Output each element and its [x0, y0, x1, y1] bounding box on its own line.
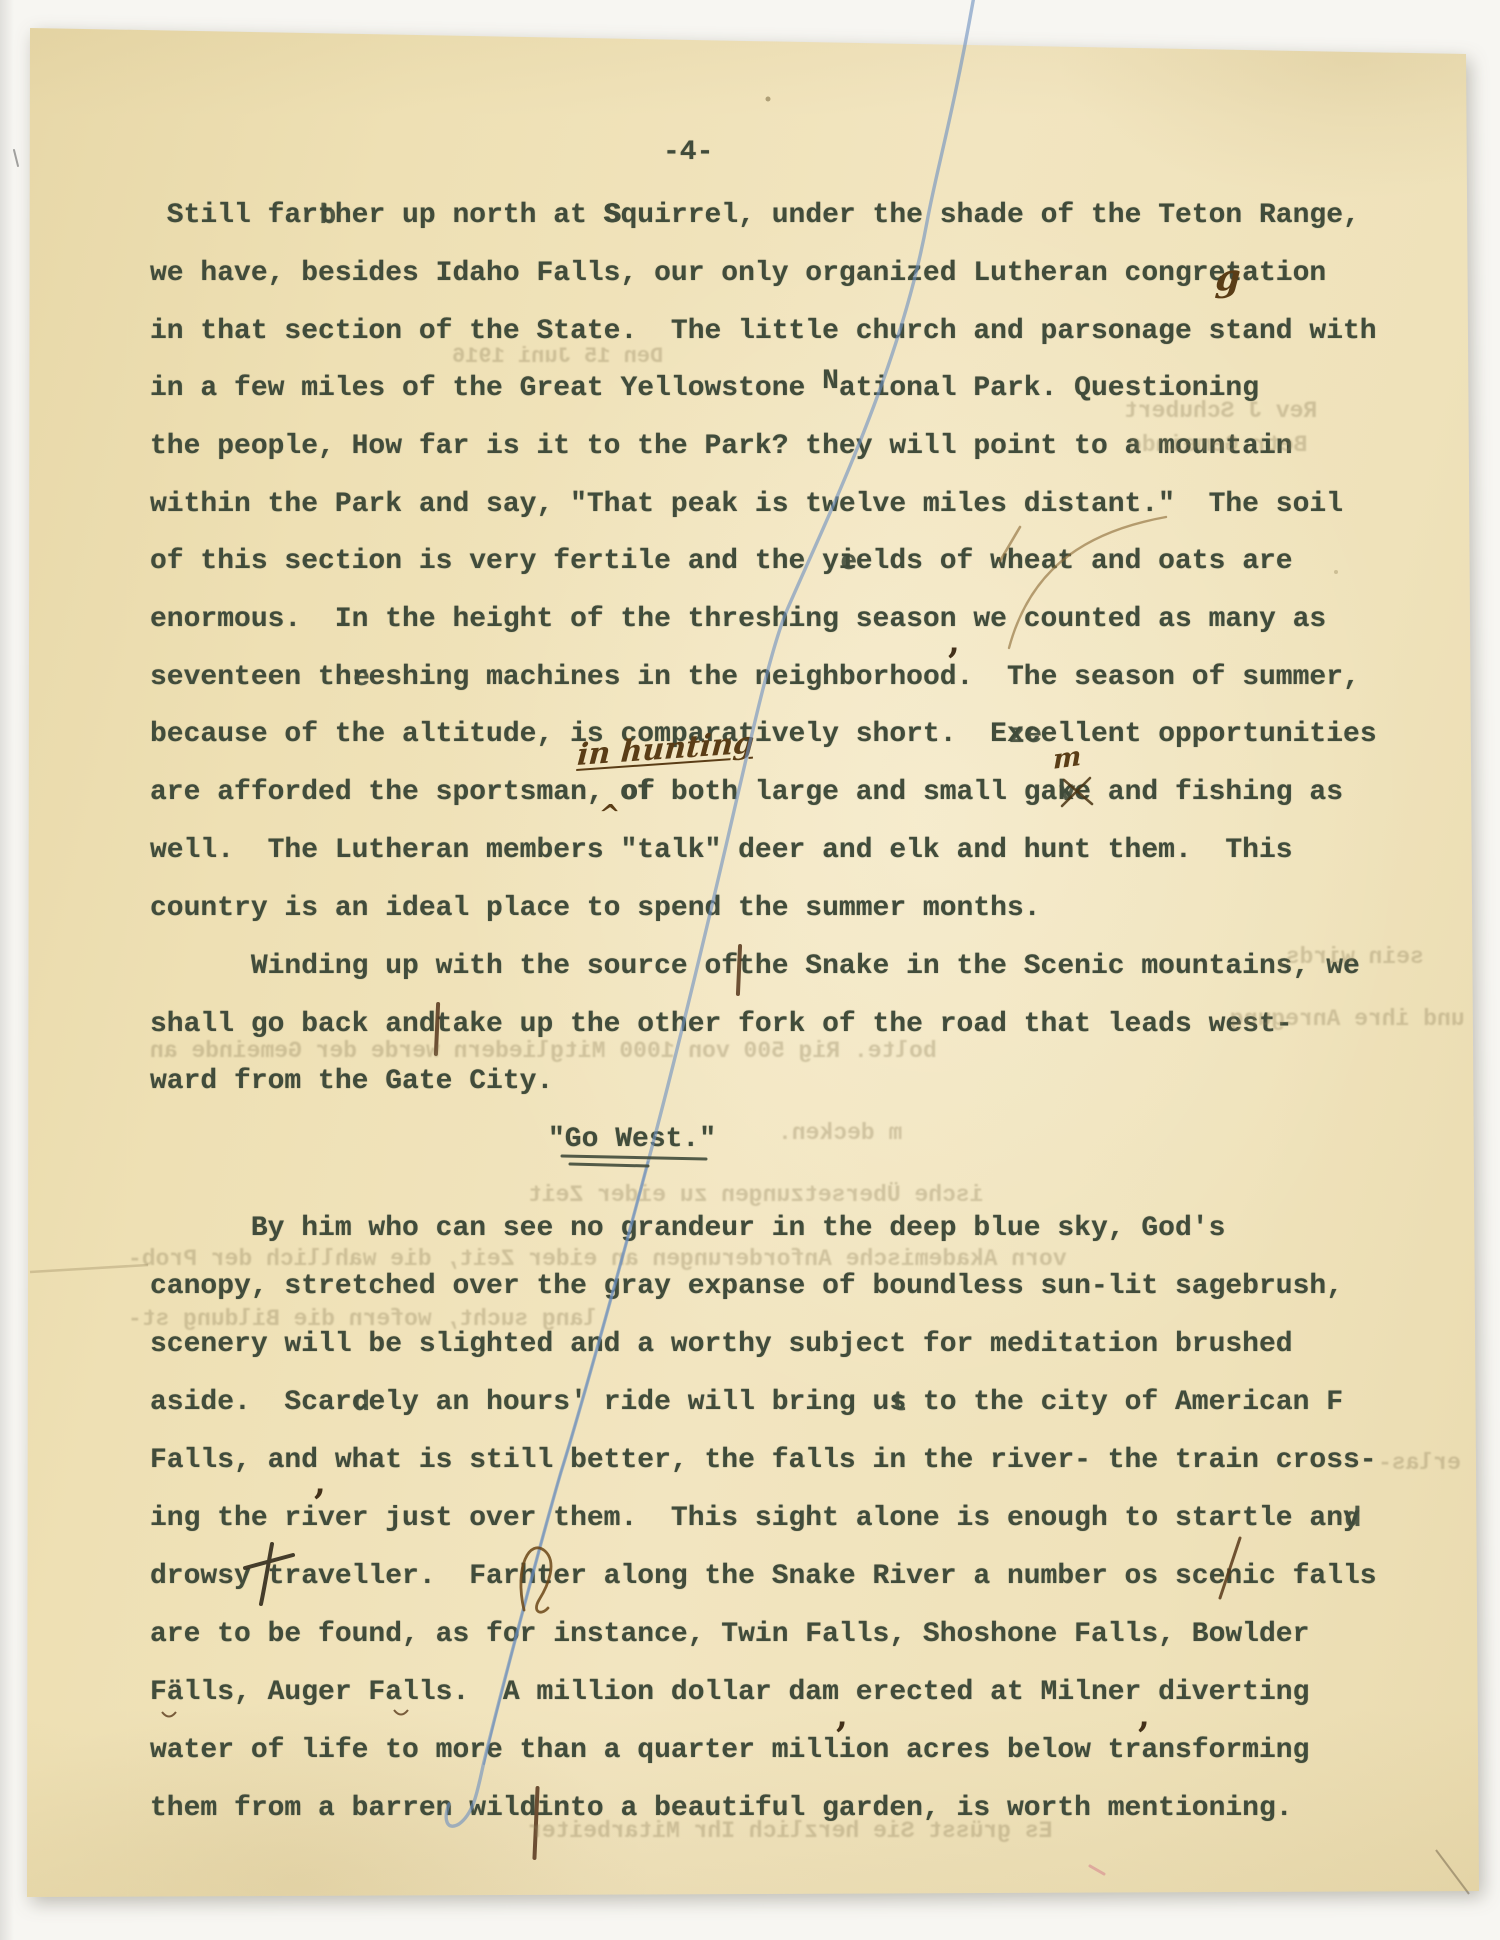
- typed-line: in that section of the State. The little…: [150, 317, 1377, 347]
- ink-bleedthrough-ghost-text: erlas-: [1378, 1450, 1461, 1476]
- typed-line: in a few miles of the Great Yellowstone …: [150, 374, 1259, 404]
- typed-line: By him who can see no grandeur in the de…: [150, 1214, 1225, 1244]
- typed-line: are afforded the sportsman, of both larg…: [150, 778, 1343, 808]
- typed-line: ing the river just over them. This sight…: [150, 1504, 1360, 1534]
- ink-bleedthrough-ghost-text: m decken.: [778, 1120, 902, 1146]
- inserted-comma-after-dam: ,: [836, 1696, 848, 1736]
- overstruck-characters: xz: [1007, 720, 1024, 750]
- typed-line: Still fartbher up north at Squirrel, und…: [150, 201, 1360, 231]
- typed-line: are to be found, as for instance, Twin F…: [150, 1620, 1309, 1650]
- typed-line: Falls, and what is still better, the fal…: [150, 1446, 1377, 1476]
- correction-g-congregation: g: [1214, 256, 1242, 300]
- ink-bleedthrough-ghost-text: ische Übersetzungen zu eider Zeit: [528, 1182, 983, 1208]
- overstruck-characters: cd: [352, 1388, 369, 1418]
- raised-character: N: [822, 366, 839, 397]
- typed-line: drowsy traveller. Farhter along the Snak…: [150, 1562, 1377, 1592]
- inserted-comma-after-milner: ,: [1138, 1696, 1150, 1736]
- ink-bleedthrough-ghost-text: Betr Gemeinde: [1128, 432, 1307, 458]
- typed-line: shall go back andtake up the other fork …: [150, 1010, 1293, 1040]
- typed-line: country is an ideal place to spend the s…: [150, 894, 1041, 924]
- ink-bleedthrough-ghost-text: vorn Akademische Anforderungen an eider …: [128, 1246, 1067, 1272]
- overstruck-characters: ce: [1024, 720, 1041, 750]
- typed-line: "Go West.": [548, 1125, 716, 1155]
- typed-line: enormous. In the height of the threshing…: [150, 605, 1326, 635]
- typed-line: seventeen threeshing machines in the nei…: [150, 663, 1360, 693]
- inserted-comma-after-and: ,: [314, 1463, 326, 1503]
- overstruck-characters: st: [889, 1388, 906, 1418]
- typed-line: water of life to more than a quarter mil…: [150, 1736, 1309, 1766]
- typed-line: within the Park and say, "That peak is t…: [150, 490, 1343, 520]
- double-struck-text: of: [620, 777, 654, 808]
- typed-line: because of the altitude, is comparativel…: [150, 720, 1377, 750]
- typed-line: aside. Scarcdely an hours' ride will bri…: [150, 1388, 1343, 1418]
- caret-after-sportsman: ^: [596, 800, 622, 830]
- overstruck-characters: re: [352, 663, 369, 693]
- typed-line: we have, besides Idaho Falls, our only o…: [150, 259, 1326, 289]
- ink-bleedthrough-ghost-text: Den 15 Juni 1916: [452, 344, 663, 369]
- typed-line: scenery will be slighted and a worthy su…: [150, 1330, 1293, 1360]
- overstruck-characters: ie: [839, 547, 856, 577]
- paper-wrap: -4- Still fartbher up north at Squirrel,…: [0, 0, 1500, 1940]
- ink-bleedthrough-ghost-text: und ihre Anregung: [1230, 1006, 1465, 1032]
- typed-line: well. The Lutheran members "talk" deer a…: [150, 836, 1293, 866]
- typed-line: Winding up with the source ofthe Snake i…: [150, 952, 1360, 982]
- scanned-document-screen: -4- Still fartbher up north at Squirrel,…: [0, 0, 1500, 1940]
- overstruck-characters: yd: [1343, 1504, 1360, 1534]
- double-struck-text: S: [604, 200, 621, 231]
- ink-bleedthrough-ghost-text: sein wirds,: [1272, 944, 1424, 970]
- overstruck-characters: tb: [318, 201, 335, 231]
- correction-m-over-gake: m: [1053, 741, 1081, 776]
- ink-bleedthrough-ghost-text: Es grüsst Sie herzlich Ihr Mitarbeiter: [528, 1818, 1053, 1844]
- typed-line: -4-: [663, 138, 713, 168]
- ink-bleedthrough-ghost-text: Rev J Schubert: [1124, 398, 1317, 424]
- typed-line: of this section is very fertile and the …: [150, 547, 1293, 577]
- inserted-comma-after-season: ,: [948, 622, 960, 662]
- typed-line: Fälls, Auger Falls. A million dollar dam…: [150, 1678, 1309, 1708]
- typed-line: canopy, stretched over the gray expanse …: [150, 1272, 1343, 1302]
- ink-bleedthrough-ghost-text: bolte. Rig 500 von 1000 Mitgliedern werd…: [150, 1038, 937, 1064]
- typed-line: the people, How far is it to the Park? t…: [150, 432, 1293, 462]
- overstruck-characters: kv: [1057, 778, 1074, 808]
- typed-line: ward from the Gate City.: [150, 1067, 553, 1097]
- paper: -4- Still fartbher up north at Squirrel,…: [0, 0, 1500, 1940]
- ink-bleedthrough-ghost-text: lang sucht, wofern die Bildung st-: [128, 1306, 597, 1332]
